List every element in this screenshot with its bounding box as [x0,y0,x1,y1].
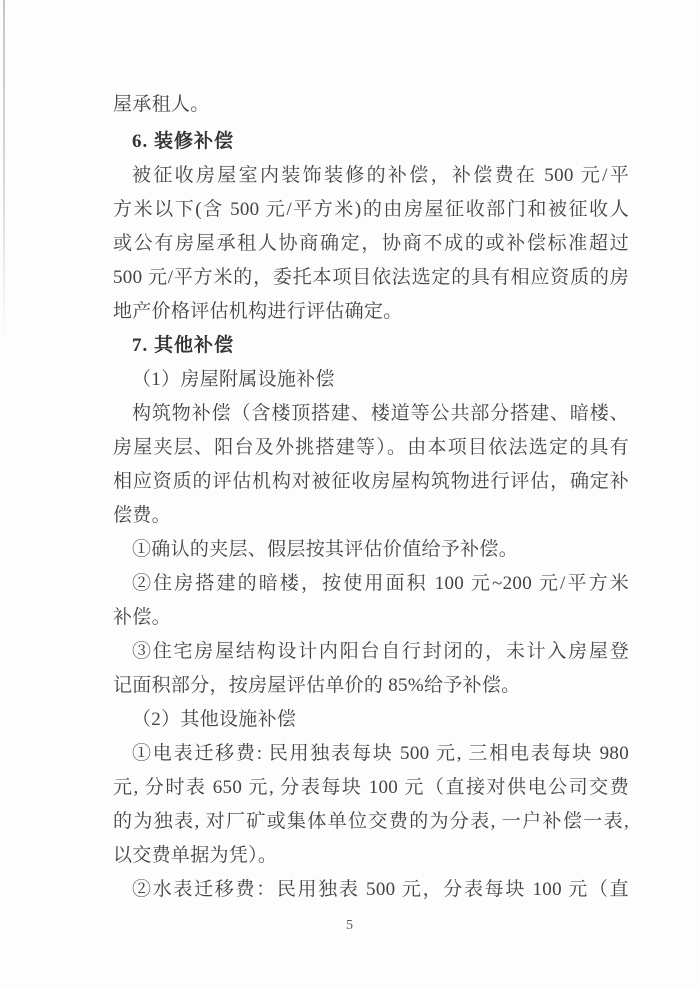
text-line: 元, 分时表 650 元, 分表每块 100 元（直接对供电公司交费 [113,771,629,805]
text-line: 补偿。 [113,601,629,635]
text-line: 房屋夹层、阳台及外挑搭建等）。由本项目依法选定的具有 [113,431,629,465]
heading-line: 6. 装修补偿 [113,125,629,159]
text-line: （1）房屋附属设施补偿 [113,363,629,397]
text-line: 偿费。 [113,499,629,533]
text-line: 相应资质的评估机构对被征收房屋构筑物进行评估，确定补 [113,465,629,499]
heading-line: 7. 其他补偿 [113,329,629,363]
text-line: ①确认的夹层、假层按其评估价值给予补偿。 [113,533,629,567]
text-line: ②水表迁移费：民用独表 500 元，分表每块 100 元（直 [113,873,629,907]
text-line: 被征收房屋室内装饰装修的补偿，补偿费在 500 元/平 [113,159,629,193]
document-text-block: 屋承租人。6. 装修补偿被征收房屋室内装饰装修的补偿，补偿费在 500 元/平方… [113,88,629,907]
text-line: 以交费单据为凭）。 [113,839,629,873]
document-page: 屋承租人。6. 装修补偿被征收房屋室内装饰装修的补偿，补偿费在 500 元/平方… [0,0,699,989]
text-line: 方米以下(含 500 元/平方米)的由房屋征收部门和被征收人 [113,193,629,227]
scan-artifact-line [3,0,5,340]
text-line: 500 元/平方米的，委托本项目依法选定的具有相应资质的房 [113,261,629,295]
text-line: 地产价格评估机构进行评估确定。 [113,295,629,329]
text-line: ③住宅房屋结构设计内阳台自行封闭的，未计入房屋登 [113,635,629,669]
text-line: （2）其他设施补偿 [113,703,629,737]
text-line: ②住房搭建的暗楼，按使用面积 100 元~200 元/平方米 [113,567,629,601]
text-line: 或公有房屋承租人协商确定，协商不成的或补偿标准超过 [113,227,629,261]
text-line: 记面积部分，按房屋评估单价的 85%给予补偿。 [113,669,629,703]
text-line: 构筑物补偿（含楼顶搭建、楼道等公共部分搭建、暗楼、 [113,397,629,431]
text-line: 的为独表, 对厂矿或集体单位交费的为分表, 一户补偿一表, [113,805,629,839]
text-line: ①电表迁移费: 民用独表每块 500 元, 三相电表每块 980 [113,737,629,771]
text-line: 屋承租人。 [113,88,629,122]
page-number: 5 [0,918,699,934]
